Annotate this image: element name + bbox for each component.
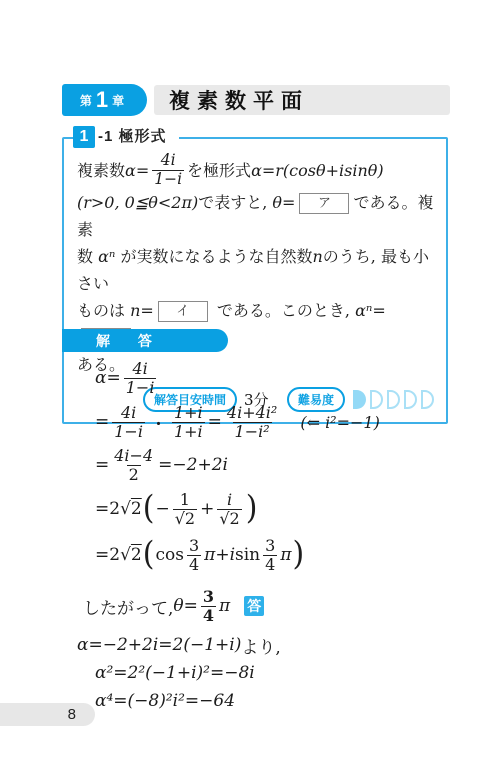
problem-math: αⁿ bbox=[98, 247, 115, 266]
problem-math: (r>0, 0≦θ<2π) bbox=[77, 193, 198, 212]
conclusion-row: したがって, θ=34π答 bbox=[83, 586, 462, 626]
math-text: = bbox=[95, 412, 109, 432]
math-text: + bbox=[215, 545, 229, 565]
blank-b: イ bbox=[158, 301, 208, 322]
math-text: =2 bbox=[95, 499, 120, 519]
fraction: 34 bbox=[263, 537, 277, 574]
blank-a: ア bbox=[299, 193, 349, 214]
math-text: − bbox=[155, 499, 169, 519]
math-text: sin bbox=[235, 545, 260, 565]
page-number: 8 bbox=[68, 706, 76, 723]
problem-line-1: 複素数 α=4i1−i を極形式 α=r(cosθ+isinθ) bbox=[77, 151, 436, 189]
radicand: 2 bbox=[131, 545, 142, 565]
math-text: より, bbox=[241, 633, 280, 658]
math-text: π bbox=[280, 545, 291, 565]
equation-row-2: =4i1−i・1+i1+i=4i+4i²1−i²(⇐ i²=−1) bbox=[95, 400, 462, 444]
close-paren: ) bbox=[293, 539, 305, 571]
math-text: =2 bbox=[95, 545, 120, 565]
problem-text: が実数になるような自然数 bbox=[115, 247, 312, 266]
close-paren: ) bbox=[246, 493, 258, 525]
radicand: 2 bbox=[131, 499, 142, 519]
math-text: θ= bbox=[173, 596, 197, 616]
chapter-badge: 第 1 章 bbox=[62, 84, 147, 116]
problem-text: ものは bbox=[77, 301, 130, 320]
fraction: 4i1−i bbox=[112, 404, 145, 441]
problem-text: である。このとき, bbox=[212, 301, 355, 320]
problem-text: を極形式 bbox=[187, 157, 251, 184]
fraction: 1√2 bbox=[173, 491, 197, 528]
fraction: 34 bbox=[187, 537, 201, 574]
section-label: -1 極形式 bbox=[95, 126, 179, 148]
math-text: α=−2+2i=2(−1+i) bbox=[77, 635, 241, 655]
math-text: α²=2²(−1+i)²=−8i bbox=[95, 663, 255, 683]
fraction: i√2 bbox=[217, 491, 241, 528]
answer-stamp: 答 bbox=[244, 596, 264, 616]
side-note: (⇐ i²=−1) bbox=[300, 413, 380, 432]
math-text: + bbox=[200, 499, 214, 519]
math-text: π bbox=[219, 596, 230, 616]
chapter-number: 1 bbox=[96, 89, 108, 111]
fraction: 4i+4i²1−i² bbox=[225, 404, 279, 441]
solution: α=4i1−i =4i1−i・1+i1+i=4i+4i²1−i²(⇐ i²=−1… bbox=[62, 356, 462, 714]
equation-row-4: =2√2(−1√2+i√2) bbox=[95, 486, 462, 532]
problem-math: n bbox=[312, 247, 322, 266]
problem-text: 複素数 bbox=[77, 157, 125, 184]
equation-row-3: =4i−42=−2+2i bbox=[95, 444, 462, 486]
math-text: α⁴=(−8)²i²=−64 bbox=[95, 691, 235, 711]
math-text: = bbox=[208, 412, 222, 432]
fraction: 4i−42 bbox=[112, 447, 155, 484]
math-text: = bbox=[95, 455, 109, 475]
problem-text: で表すと, bbox=[198, 193, 272, 212]
chapter-header: 第 1 章 複素数平面 bbox=[62, 84, 450, 116]
fraction: 4i1−i bbox=[124, 360, 157, 397]
equation-row-1: α=4i1−i bbox=[95, 356, 462, 400]
radical-sign: √ bbox=[120, 499, 131, 519]
equation-row-9: α⁴=(−8)²i²=−64 bbox=[95, 688, 462, 714]
math-text: π bbox=[204, 545, 215, 565]
chapter-title: 複素数平面 bbox=[169, 85, 309, 115]
equation-row-8: α²=2²(−1+i)²=−8i bbox=[95, 660, 462, 686]
problem-line-2: (r>0, 0≦θ<2π)で表すと, θ=アである。複素 bbox=[77, 189, 436, 243]
open-paren: ( bbox=[143, 539, 155, 571]
multiply-dot: ・ bbox=[150, 410, 167, 435]
problem-line-3: 数 αⁿ が実数になるような自然数nのうち, 最も小さい bbox=[77, 243, 436, 297]
fraction: 1+i1+i bbox=[172, 404, 205, 441]
problem-text: 数 bbox=[77, 247, 98, 266]
chapter-suffix: 章 bbox=[112, 92, 124, 109]
fraction: 34 bbox=[201, 588, 216, 625]
equation-row-7: α=−2+2i=2(−1+i) より, bbox=[77, 632, 462, 658]
problem-math: θ= bbox=[272, 193, 295, 212]
section-title: 1 -1 極形式 bbox=[73, 126, 179, 148]
math-text: cos bbox=[155, 545, 183, 565]
section-number-badge: 1 bbox=[73, 126, 95, 148]
radical-sign: √ bbox=[120, 545, 131, 565]
conclusion-text: したがって, bbox=[83, 594, 173, 619]
math-text: α= bbox=[95, 368, 121, 388]
open-paren: ( bbox=[143, 493, 155, 525]
equation-row-5: =2√2(cos34π+isin34π) bbox=[95, 532, 462, 578]
chapter-title-bar: 複素数平面 bbox=[154, 85, 450, 115]
answer-header-badge: 解 答 bbox=[62, 329, 228, 352]
problem-math: αⁿ= bbox=[355, 301, 386, 320]
problem-math: α=r(cosθ+isinθ) bbox=[251, 157, 384, 184]
problem-math: α= bbox=[125, 157, 149, 184]
math-text: =−2+2i bbox=[158, 455, 228, 475]
fraction: 4i1−i bbox=[152, 152, 184, 188]
problem-math: n= bbox=[130, 301, 154, 320]
page-number-bar: 8 bbox=[0, 703, 95, 726]
chapter-prefix: 第 bbox=[80, 92, 92, 109]
